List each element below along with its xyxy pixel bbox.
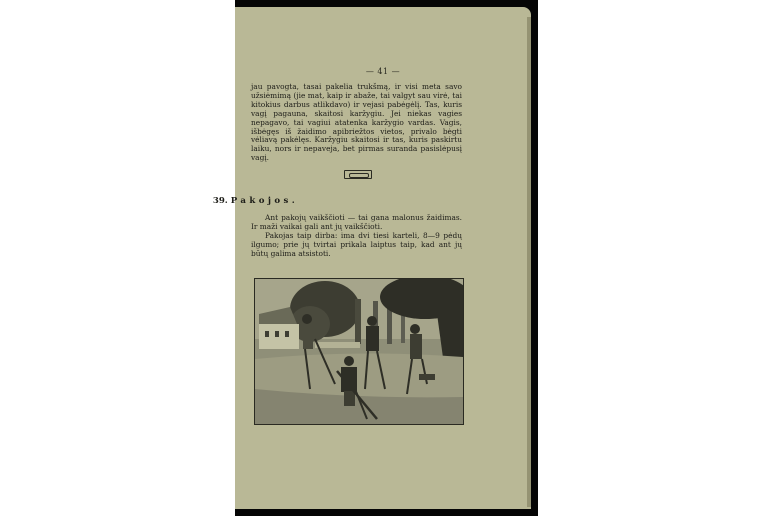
section-title: Pakojos. (231, 196, 298, 206)
section-heading: 39. Pakojos. (0, 196, 531, 206)
ornament-icon (344, 170, 372, 179)
paragraph-intro: Ant pakojų vaikščioti — tai gana malonus… (251, 214, 462, 232)
page-edge-shadow (527, 17, 531, 507)
section-body: Ant pakojų vaikščioti — tai gana malonus… (251, 214, 462, 259)
section-number: 39. (213, 196, 228, 206)
paragraph-continued: jau pavogta, tasai pakelia trukšmą, ir v… (251, 83, 462, 163)
stilts-illustration (254, 278, 464, 425)
paragraph-text: jau pavogta, tasai pakelia trukšmą, ir v… (251, 83, 462, 163)
engraving-image (255, 279, 463, 424)
paragraph-instructions: Pakojas taip dirba: ima dvi tiesi kartel… (251, 232, 462, 259)
page-number: — 41 — (235, 67, 531, 76)
